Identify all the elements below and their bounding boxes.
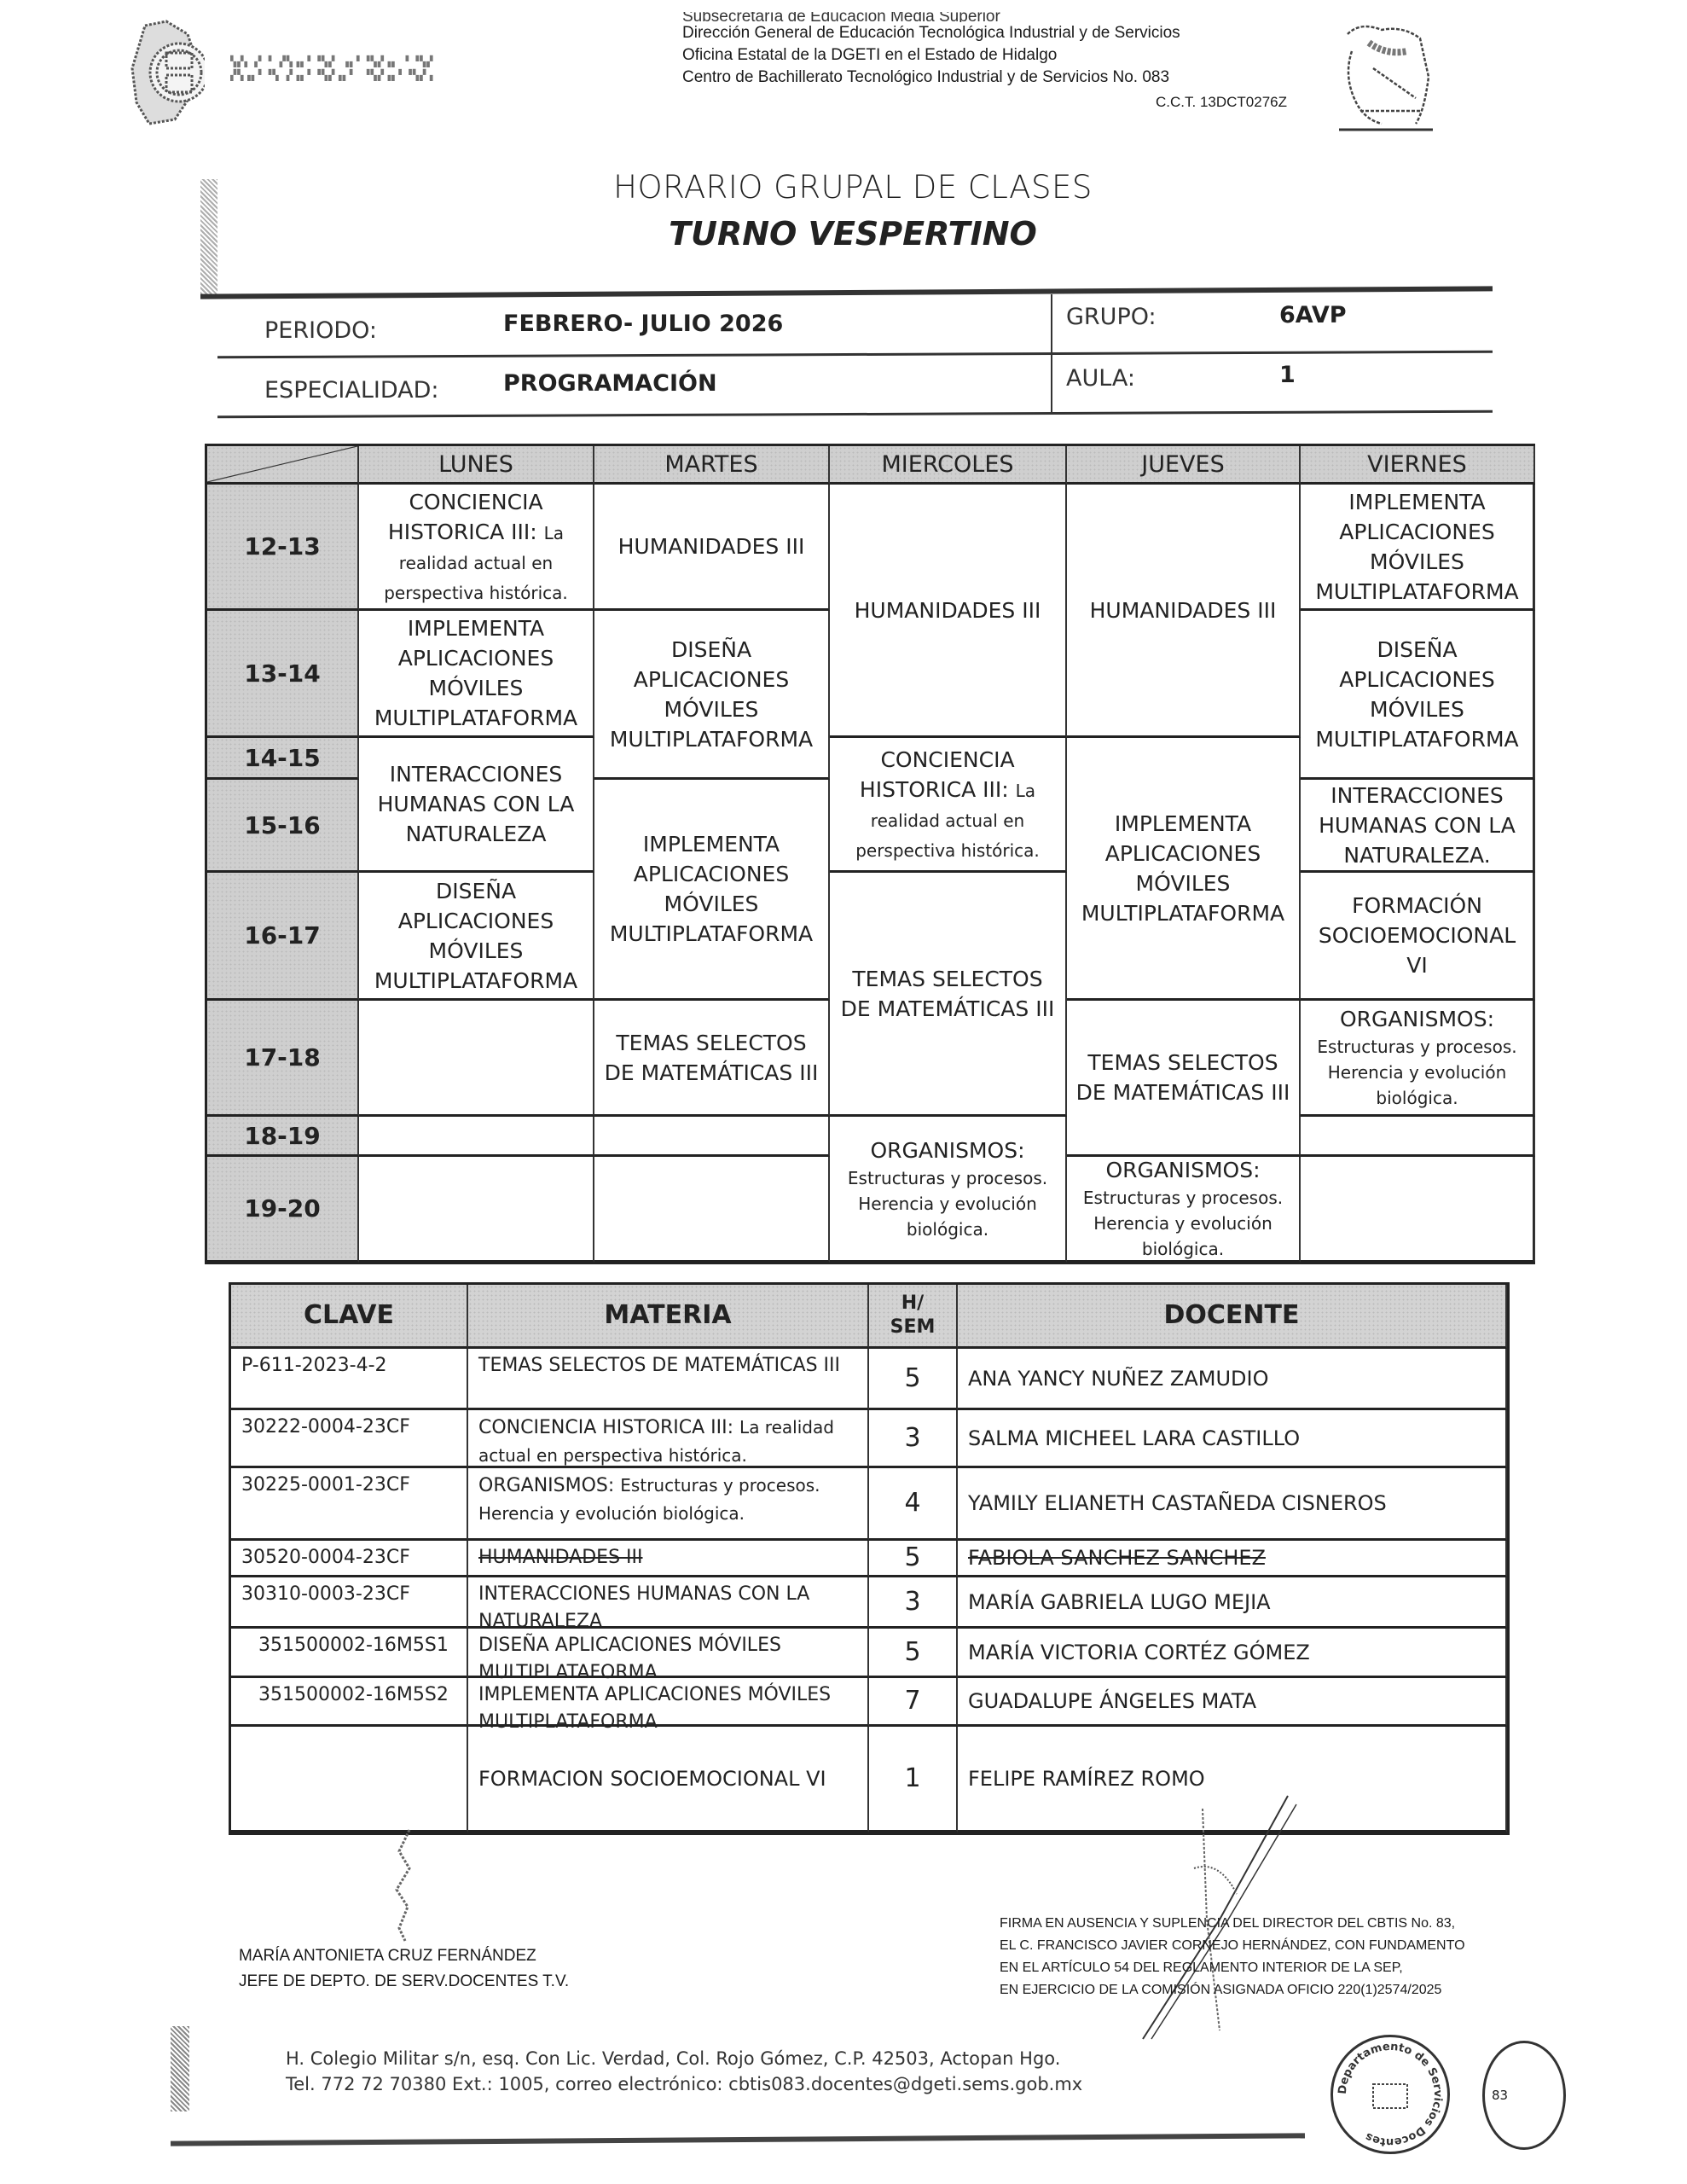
subject-docente: ANA YANCY NUÑEZ ZAMUDIO [958, 1349, 1507, 1410]
empty-slot [594, 1157, 830, 1263]
signature-note-line: EN EL ARTÍCULO 54 DEL REGLAMENTO INTERIO… [1000, 1957, 1465, 1979]
time-slot-14-15: 14-15 [207, 738, 359, 780]
subject-hours: 1 [869, 1727, 958, 1833]
schedule-grid: LUNESMARTESMIERCOLESJUEVESVIERNES12-1313… [205, 444, 1535, 1264]
class-title: ORGANISMOS: [870, 1138, 1024, 1163]
subject-docente: MARÍA VICTORIA CORTÉZ GÓMEZ [958, 1629, 1507, 1678]
time-slot-16-17: 16-17 [207, 873, 359, 1001]
subject-materia: FORMACION SOCIOEMOCIONAL VI [468, 1727, 869, 1833]
class-title: DISEÑA APLICACIONES MÓVILES MULTIPLATAFO… [374, 879, 577, 993]
periodo-label: PERIODO: [264, 317, 377, 344]
school-stamp-number: 83 [1492, 2088, 1508, 2103]
subject-clave: P-611-2023-4-2 [231, 1349, 468, 1410]
class-block: FORMACIÓN SOCIOEMOCIONAL VI [1301, 873, 1535, 1001]
signature-block-left: MARÍA ANTONIETA CRUZ FERNÁNDEZ JEFE DE D… [239, 1943, 569, 1995]
subject-hours: 4 [869, 1468, 958, 1541]
left-logo-caption: ▚▞▖▗▘▝ ▞▚▗▖▘▝▚▞ ▗▖▘▝▚▞▗▖ ▘▝▚▞▞▚▗▖▘▝▚ ▞▗▖… [230, 55, 588, 82]
class-title: FORMACIÓN SOCIOEMOCIONAL VI [1319, 893, 1516, 978]
subject-clave [231, 1727, 468, 1833]
class-block: CONCIENCIA HISTORICA III: La realidad ac… [830, 738, 1067, 873]
subject-docente: MARÍA GABRIELA LUGO MEJIA [958, 1577, 1507, 1629]
empty-slot [1301, 1157, 1535, 1263]
subject-hours: 5 [869, 1541, 958, 1577]
subject-docente: SALMA MICHEEL LARA CASTILLO [958, 1410, 1507, 1468]
shift-subtitle: TURNO VESPERTINO [512, 215, 1194, 253]
school-stamp-icon: 83 [1482, 2041, 1566, 2150]
time-slot-15-16: 15-16 [207, 780, 359, 873]
grupo-value: 6AVP [1279, 302, 1347, 328]
subject-docente: FELIPE RAMÍREZ ROMO [958, 1727, 1507, 1833]
materia-title: FORMACION SOCIOEMOCIONAL VI [478, 1765, 826, 1792]
title-decoration [200, 179, 217, 299]
day-header-lunes: LUNES [359, 446, 594, 485]
subject-hours: 5 [869, 1629, 958, 1678]
subject-materia: DISEÑA APLICACIONES MÓVILES MULTIPLATAFO… [468, 1629, 869, 1678]
materia-title: TEMAS SELECTOS DE MATEMÁTICAS III [478, 1355, 840, 1376]
class-title: HUMANIDADES III [618, 534, 805, 559]
class-block: CONCIENCIA HISTORICA III: La realidad ac… [359, 485, 594, 611]
day-header-miercoles: MIERCOLES [830, 446, 1067, 485]
svg-text:Departamento de Servicios Doce: Departamento de Servicios Docentes [1336, 2041, 1444, 2148]
class-block: IMPLEMENTA APLICACIONES MÓVILES MULTIPLA… [359, 611, 594, 738]
subject-materia: HUMANIDADES III [468, 1541, 869, 1577]
corner-header-cell [207, 446, 359, 485]
class-block: TEMAS SELECTOS DE MATEMÁTICAS III [1067, 1001, 1301, 1157]
class-block: INTERACCIONES HUMANAS CON LA NATURALEZA. [1301, 780, 1535, 873]
subject-materia: TEMAS SELECTOS DE MATEMÁTICAS III [468, 1349, 869, 1410]
subject-materia: INTERACCIONES HUMANAS CON LA NATURALEZA [468, 1577, 869, 1629]
subject-clave: 351500002-16M5S2 [231, 1678, 468, 1727]
day-header-jueves: JUEVES [1067, 446, 1301, 485]
class-block: ORGANISMOS: Estructuras y procesos. Here… [830, 1117, 1067, 1263]
subject-docente: YAMILY ELIANETH CASTAÑEDA CISNEROS [958, 1468, 1507, 1541]
materia-title: HUMANIDADES III [478, 1544, 643, 1571]
class-title: CONCIENCIA HISTORICA III: [388, 490, 543, 544]
institution-line: Centro de Bachillerato Tecnológico Indus… [682, 67, 1296, 89]
signer-role: JEFE DE DEPTO. DE SERV.DOCENTES T.V. [239, 1969, 569, 1995]
info-divider [217, 410, 1493, 419]
aula-label: AULA: [1066, 365, 1135, 392]
subject-hours: 7 [869, 1678, 958, 1727]
class-title: INTERACCIONES HUMANAS CON LA NATURALEZA [378, 762, 575, 846]
footer-decoration [171, 2026, 189, 2111]
institution-line: Subsecretaría de Educación Media Superio… [682, 12, 1296, 22]
class-block: DISEÑA APLICACIONES MÓVILES MULTIPLATAFO… [594, 611, 830, 780]
class-block: TEMAS SELECTOS DE MATEMÁTICAS III [830, 873, 1067, 1117]
institution-line: Oficina Estatal de la DGETI en el Estado… [682, 44, 1296, 67]
empty-slot [359, 1157, 594, 1263]
materia-title: IMPLEMENTA APLICACIONES MÓVILES MULTIPLA… [478, 1684, 831, 1733]
header-materia: MATERIA [468, 1285, 869, 1349]
class-title: IMPLEMENTA APLICACIONES MÓVILES MULTIPLA… [610, 832, 813, 946]
cbtis-illustration-logo-icon [1335, 17, 1437, 136]
class-title: TEMAS SELECTOS DE MATEMÁTICAS III [841, 967, 1055, 1021]
signature-left-icon [375, 1826, 435, 1945]
class-block: HUMANIDADES III [594, 485, 830, 611]
class-subtitle: Estructuras y procesos. Herencia y evolu… [1306, 1034, 1528, 1111]
periodo-value: FEBRERO- JULIO 2026 [503, 311, 783, 337]
subject-clave: 30222-0004-23CF [231, 1410, 468, 1468]
signature-note-line: FIRMA EN AUSENCIA Y SUPLENCIA DEL DIRECT… [1000, 1913, 1465, 1935]
empty-slot [1301, 1117, 1535, 1157]
class-title: HUMANIDADES III [855, 598, 1041, 623]
dgeti-gear-logo-icon [128, 17, 205, 128]
empty-slot [359, 1117, 594, 1157]
class-title: DISEÑA APLICACIONES MÓVILES MULTIPLATAFO… [1315, 637, 1518, 752]
time-slot-18-19: 18-19 [207, 1117, 359, 1157]
signature-note-line: EN EJERCICIO DE LA COMISIÓN ASIGNADA OFI… [1000, 1979, 1465, 2001]
signer-name: MARÍA ANTONIETA CRUZ FERNÁNDEZ [239, 1943, 569, 1969]
especialidad-label: ESPECIALIDAD: [264, 377, 439, 404]
signature-note-line: EL C. FRANCISCO JAVIER CORNEJO HERNÁNDEZ… [1000, 1935, 1465, 1957]
footer-divider [171, 2133, 1305, 2146]
time-slot-13-14: 13-14 [207, 611, 359, 738]
class-block: HUMANIDADES III [1067, 485, 1301, 738]
subject-clave: 30520-0004-23CF [231, 1541, 468, 1577]
materia-title: INTERACCIONES HUMANAS CON LA NATURALEZA [478, 1583, 809, 1632]
subject-docente: FABIOLA SANCHEZ SANCHEZ [958, 1541, 1507, 1577]
empty-slot [594, 1117, 830, 1157]
materia-title: ORGANISMOS: [478, 1475, 614, 1496]
subject-materia: CONCIENCIA HISTORICA III: La realidad ac… [468, 1410, 869, 1468]
class-title: IMPLEMENTA APLICACIONES MÓVILES MULTIPLA… [374, 616, 577, 730]
subject-clave: 30225-0001-23CF [231, 1468, 468, 1541]
class-block: HUMANIDADES III [830, 485, 1067, 738]
class-block: ORGANISMOS: Estructuras y procesos. Here… [1301, 1001, 1535, 1117]
info-vertical-divider [1051, 294, 1052, 414]
aula-value: 1 [1279, 362, 1296, 388]
subject-hours: 3 [869, 1577, 958, 1629]
info-divider [217, 351, 1493, 359]
materia-title: CONCIENCIA HISTORICA III: [478, 1417, 733, 1438]
especialidad-value: PROGRAMACIÓN [503, 370, 717, 397]
class-block: IMPLEMENTA APLICACIONES MÓVILES MULTIPLA… [1301, 485, 1535, 611]
footer-address: H. Colegio Militar s/n, esq. Con Lic. Ve… [286, 2046, 1082, 2071]
footer-phone-email: Tel. 772 72 70380 Ext.: 1005, correo ele… [286, 2071, 1082, 2097]
class-block: IMPLEMENTA APLICACIONES MÓVILES MULTIPLA… [594, 780, 830, 1001]
subject-hours: 5 [869, 1349, 958, 1410]
header-docente: DOCENTE [958, 1285, 1507, 1349]
header-hsem-line2: SEM [890, 1316, 936, 1339]
class-title: DISEÑA APLICACIONES MÓVILES MULTIPLATAFO… [610, 637, 813, 752]
class-title: TEMAS SELECTOS DE MATEMÁTICAS III [605, 1031, 819, 1085]
class-block: DISEÑA APLICACIONES MÓVILES MULTIPLATAFO… [1301, 611, 1535, 780]
page-title: HORARIO GRUPAL DE CLASES [512, 169, 1194, 206]
institution-header: Subsecretaría de Educación Media Superio… [682, 9, 1296, 89]
subject-materia: ORGANISMOS: Estructuras y procesos. Here… [468, 1468, 869, 1541]
class-subtitle: Estructuras y procesos. Herencia y evolu… [835, 1165, 1060, 1242]
class-title: ORGANISMOS: [1105, 1158, 1260, 1182]
class-subtitle: Estructuras y procesos. Herencia y evolu… [1072, 1185, 1294, 1262]
subject-docente: GUADALUPE ÁNGELES MATA [958, 1678, 1507, 1727]
time-slot-17-18: 17-18 [207, 1001, 359, 1117]
signature-block-right: FIRMA EN AUSENCIA Y SUPLENCIA DEL DIRECT… [1000, 1913, 1465, 2001]
class-title: IMPLEMENTA APLICACIONES MÓVILES MULTIPLA… [1315, 490, 1518, 604]
header-hsem-line1: H/ [901, 1292, 924, 1316]
subject-clave: 351500002-16M5S1 [231, 1629, 468, 1678]
class-block: DISEÑA APLICACIONES MÓVILES MULTIPLATAFO… [359, 873, 594, 1001]
subjects-table: CLAVEMATERIAH/SEMDOCENTEP-611-2023-4-2TE… [229, 1282, 1510, 1835]
class-block: IMPLEMENTA APLICACIONES MÓVILES MULTIPLA… [1067, 738, 1301, 1001]
empty-slot [359, 1001, 594, 1117]
class-title: IMPLEMENTA APLICACIONES MÓVILES MULTIPLA… [1081, 811, 1284, 926]
day-header-martes: MARTES [594, 446, 830, 485]
time-slot-19-20: 19-20 [207, 1157, 359, 1263]
class-title: CONCIENCIA HISTORICA III: [860, 747, 1015, 802]
materia-title: DISEÑA APLICACIONES MÓVILES MULTIPLATAFO… [478, 1635, 781, 1683]
subject-hours: 3 [869, 1410, 958, 1468]
class-title: HUMANIDADES III [1090, 598, 1277, 623]
time-slot-12-13: 12-13 [207, 485, 359, 611]
class-title: ORGANISMOS: [1340, 1007, 1494, 1031]
subject-clave: 30310-0003-23CF [231, 1577, 468, 1629]
footer-contact: H. Colegio Militar s/n, esq. Con Lic. Ve… [286, 2046, 1082, 2097]
institution-line: Dirección General de Educación Tecnológi… [682, 22, 1296, 44]
class-title: INTERACCIONES HUMANAS CON LA NATURALEZA. [1319, 783, 1516, 868]
header-hours-week: H/SEM [869, 1285, 958, 1349]
header-clave: CLAVE [231, 1285, 468, 1349]
title-divider [200, 286, 1493, 299]
subject-materia: IMPLEMENTA APLICACIONES MÓVILES MULTIPLA… [468, 1678, 869, 1727]
diagonal-line-icon [207, 446, 357, 482]
class-title: TEMAS SELECTOS DE MATEMÁTICAS III [1076, 1050, 1290, 1105]
class-block: INTERACCIONES HUMANAS CON LA NATURALEZA [359, 738, 594, 873]
day-header-viernes: VIERNES [1301, 446, 1535, 485]
grupo-label: GRUPO: [1066, 304, 1157, 330]
class-block: TEMAS SELECTOS DE MATEMÁTICAS III [594, 1001, 830, 1117]
department-stamp-icon: Departamento de Servicios Docentes [1330, 2035, 1450, 2154]
cct-code: C.C.T. 13DCT0276Z [1156, 94, 1287, 111]
class-block: ORGANISMOS: Estructuras y procesos. Here… [1067, 1157, 1301, 1263]
